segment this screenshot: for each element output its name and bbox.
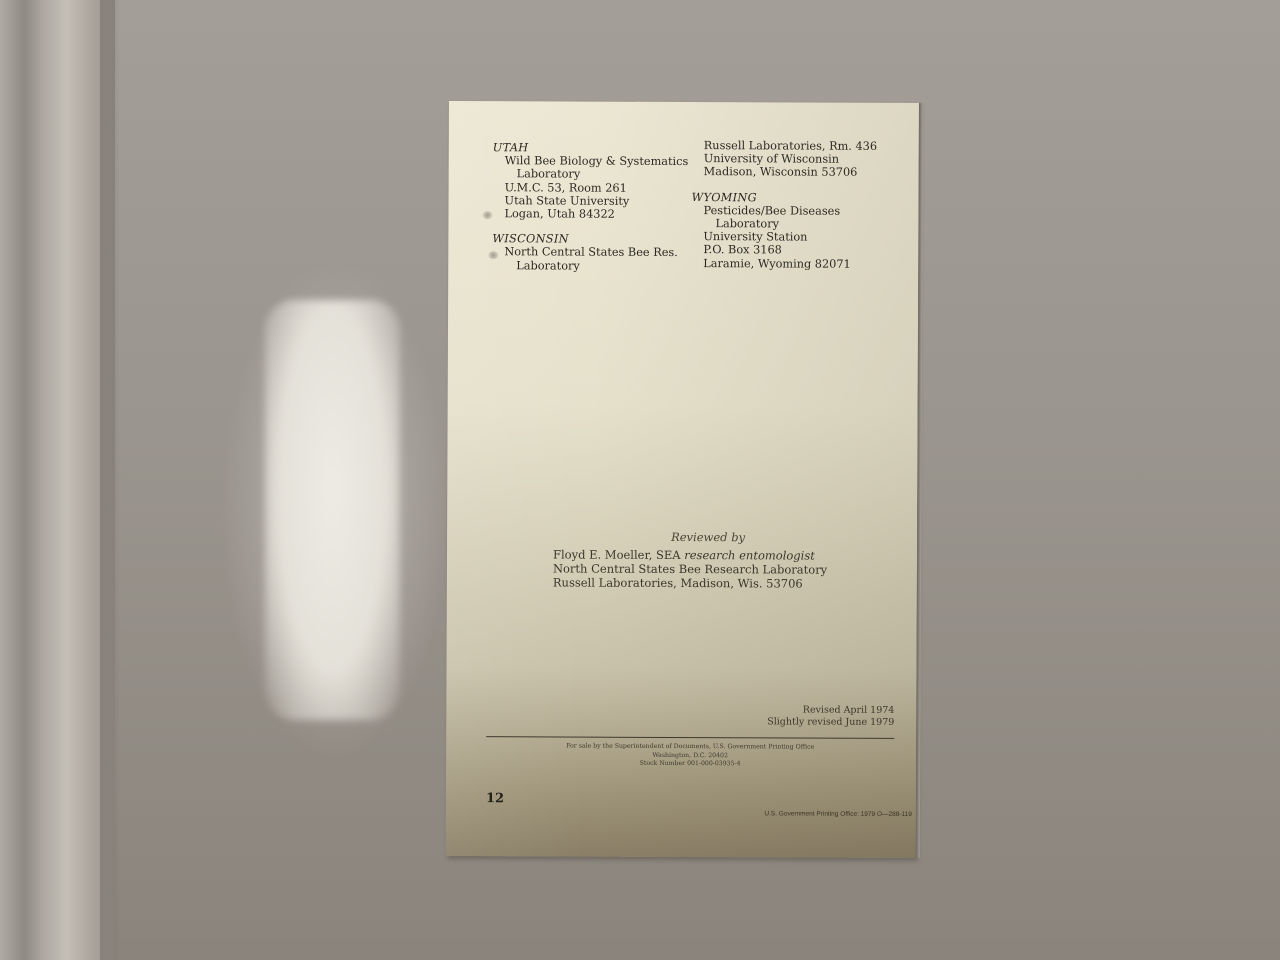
reviewed-by-heading: Reviewed by	[553, 529, 853, 544]
state-heading-wyoming: WYOMING	[692, 191, 892, 205]
reviewer-line: Floyd E. Moeller, SEA research entomolog…	[553, 547, 853, 562]
address-line: Pesticides/Bee Diseases	[691, 204, 891, 218]
printer-imprint: U.S. Government Printing Office: 1979 O—…	[764, 810, 912, 818]
pamphlet-back-page: UTAH Wild Bee Biology & Systematics Labo…	[446, 101, 919, 858]
address-column-left: UTAH Wild Bee Biology & Systematics Labo…	[492, 141, 693, 273]
revision-line: Slightly revised June 1979	[767, 716, 894, 729]
address-line: Laboratory	[492, 259, 692, 273]
page-number: 12	[486, 791, 504, 806]
state-heading-wisconsin: WISCONSIN	[492, 232, 692, 246]
reviewer-name: Floyd E. Moeller, SEA	[553, 547, 681, 562]
address-line: P.O. Box 3168	[691, 243, 891, 257]
revision-line: Revised April 1974	[767, 704, 894, 717]
address-line: Utah State University	[493, 194, 693, 208]
reviewer-credit: Reviewed by Floyd E. Moeller, SEA resear…	[553, 529, 853, 590]
address-line: Laboratory	[493, 168, 693, 182]
address-line: Wild Bee Biology & Systematics	[493, 154, 693, 168]
ink-smudge	[488, 251, 498, 259]
address-column-right: Russell Laboratories, Rm. 436 University…	[691, 139, 892, 271]
address-line: Laramie, Wyoming 82071	[691, 257, 891, 271]
light-glare	[265, 300, 400, 720]
divider-rule	[486, 736, 894, 739]
address-line: Laboratory	[691, 217, 891, 231]
address-line: Madison, Wisconsin 53706	[692, 165, 892, 179]
cloth-fold	[0, 0, 40, 960]
fold-shadow	[100, 0, 120, 960]
address-line: U.M.C. 53, Room 261	[493, 181, 693, 195]
revision-note: Revised April 1974 Slightly revised June…	[767, 704, 894, 729]
state-heading-utah: UTAH	[493, 141, 693, 155]
reviewer-title: research entomologist	[684, 548, 815, 563]
ink-smudge	[482, 211, 492, 219]
address-line: Russell Laboratories, Rm. 436	[692, 139, 892, 153]
reviewer-affiliation: North Central States Bee Research Labora…	[553, 561, 853, 576]
address-line: University Station	[691, 230, 891, 244]
sale-notice: For sale by the Superintendent of Docume…	[486, 742, 894, 769]
reviewer-address: Russell Laboratories, Madison, Wis. 5370…	[553, 575, 853, 590]
address-line: Logan, Utah 84322	[492, 207, 692, 221]
address-line: University of Wisconsin	[692, 152, 892, 166]
sale-notice-line: Stock Number 001-000-03935-4	[486, 759, 894, 769]
address-line: North Central States Bee Res.	[492, 246, 692, 260]
